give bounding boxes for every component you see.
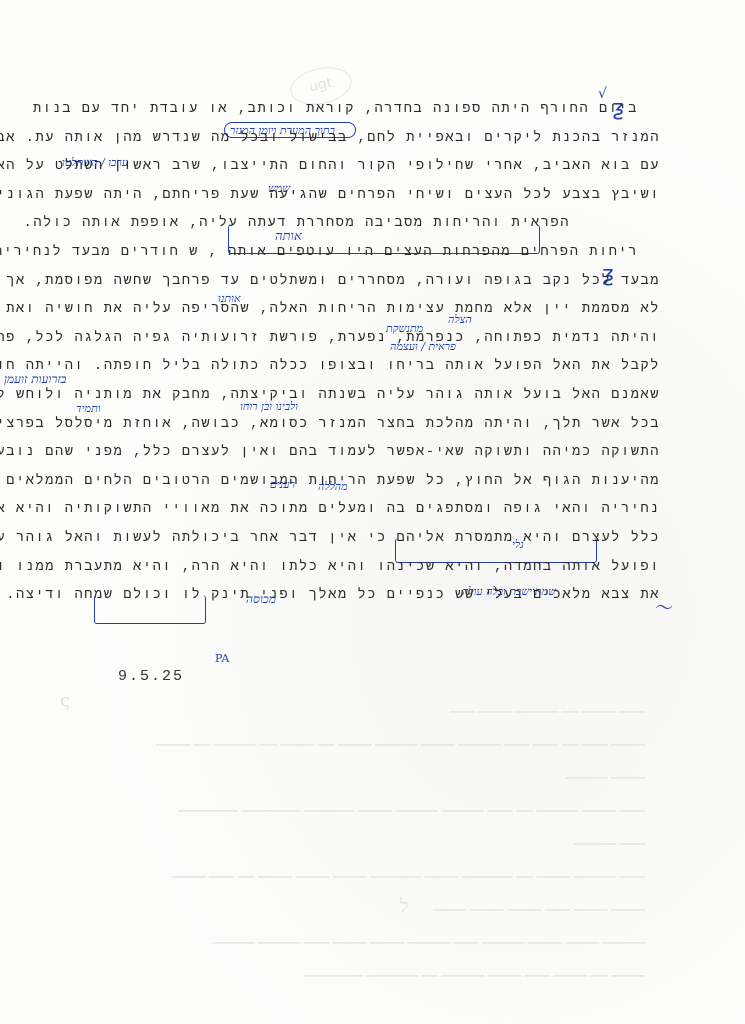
typed-line-5: הפראית והריחות מסביבה מסחררת דעתה עליה, …	[72, 210, 660, 239]
typed-line-9: והיתה נדמית כפתוחה, כנפרמת, נפערת, פורשת…	[72, 325, 660, 354]
typed-text-body: ביום החורף היתה ספונה בחדרה, קוראת וכותב…	[72, 96, 660, 611]
typed-line-11: שאמנם האל בועל אותה גוהר עליה בשנתה וביק…	[72, 382, 660, 411]
typed-line-6: ריחות הפרחים מהפרחות העצים היו עוטפים או…	[72, 239, 660, 268]
typed-line-16: כלל לעצרם והיא מתמסרת אליהם כי אין דבר א…	[72, 525, 660, 554]
bleed-mark-bottom: ל	[400, 896, 408, 917]
typed-line-4: ושיבץ בצבע לכל העצים ושיחי הפרחים שהגיעה…	[72, 182, 660, 211]
typed-line-18: את צבא מלאכים בעלי שש כנפיים כל מאלך ופנ…	[72, 582, 660, 611]
typed-line-1: ביום החורף היתה ספונה בחדרה, קוראת וכותב…	[72, 96, 660, 125]
typed-line-3: עם בוא האביב, אחרי שחילופי הקור והחום הת…	[72, 153, 660, 182]
typed-line-10: לקבל את האל הפועל אותה בריחו ובצופו ככלה…	[72, 353, 660, 382]
typed-line-12: בכל אשר תלך, והיתה מהלכת בחצר המנזר כסומ…	[72, 411, 660, 440]
typed-line-7: מבעד לכל נקב בגופה ועורה, מסחררים ומשתלט…	[72, 268, 660, 297]
typed-line-17: ופועל אותה בחמדה, והיא שכינהו והיא כלתו …	[72, 554, 660, 583]
scanned-page: ugt ƺ √ בתוך המערת ויומן המנזר ערבו / הש…	[0, 0, 745, 1024]
typed-line-15: נחיריה והאי גופה ומסתפגים בה ומעלים מתוכ…	[72, 496, 660, 525]
typed-line-2: המנזר בהכנת ליקרים ובאפיית לחם, בבישול ו…	[72, 125, 660, 154]
typed-line-8: לא מסממת יין אלא מחמת עצימות הריחות האלה…	[72, 296, 660, 325]
bleed-mark-left: ς	[60, 690, 70, 711]
typed-date: 9.5.25	[118, 668, 184, 685]
typed-line-13: התשוקה כמיהה ותשוקה שאי-אפשר לעמוד בהם ו…	[72, 439, 660, 468]
annotation-17: PA	[215, 652, 229, 665]
typed-line-14: מהיענות הגוף אל החוץ, כל שפעת הריחות המב…	[72, 468, 660, 497]
bleed-through-text: ▁▁▁ ▁▁▁▁ ▁▁ ▁▁▁▁▁ ▁▁▁▁ ▁▁▁ ▁▁▁▁ ▁▁▁ ▁▁ ▁…	[120, 690, 645, 987]
